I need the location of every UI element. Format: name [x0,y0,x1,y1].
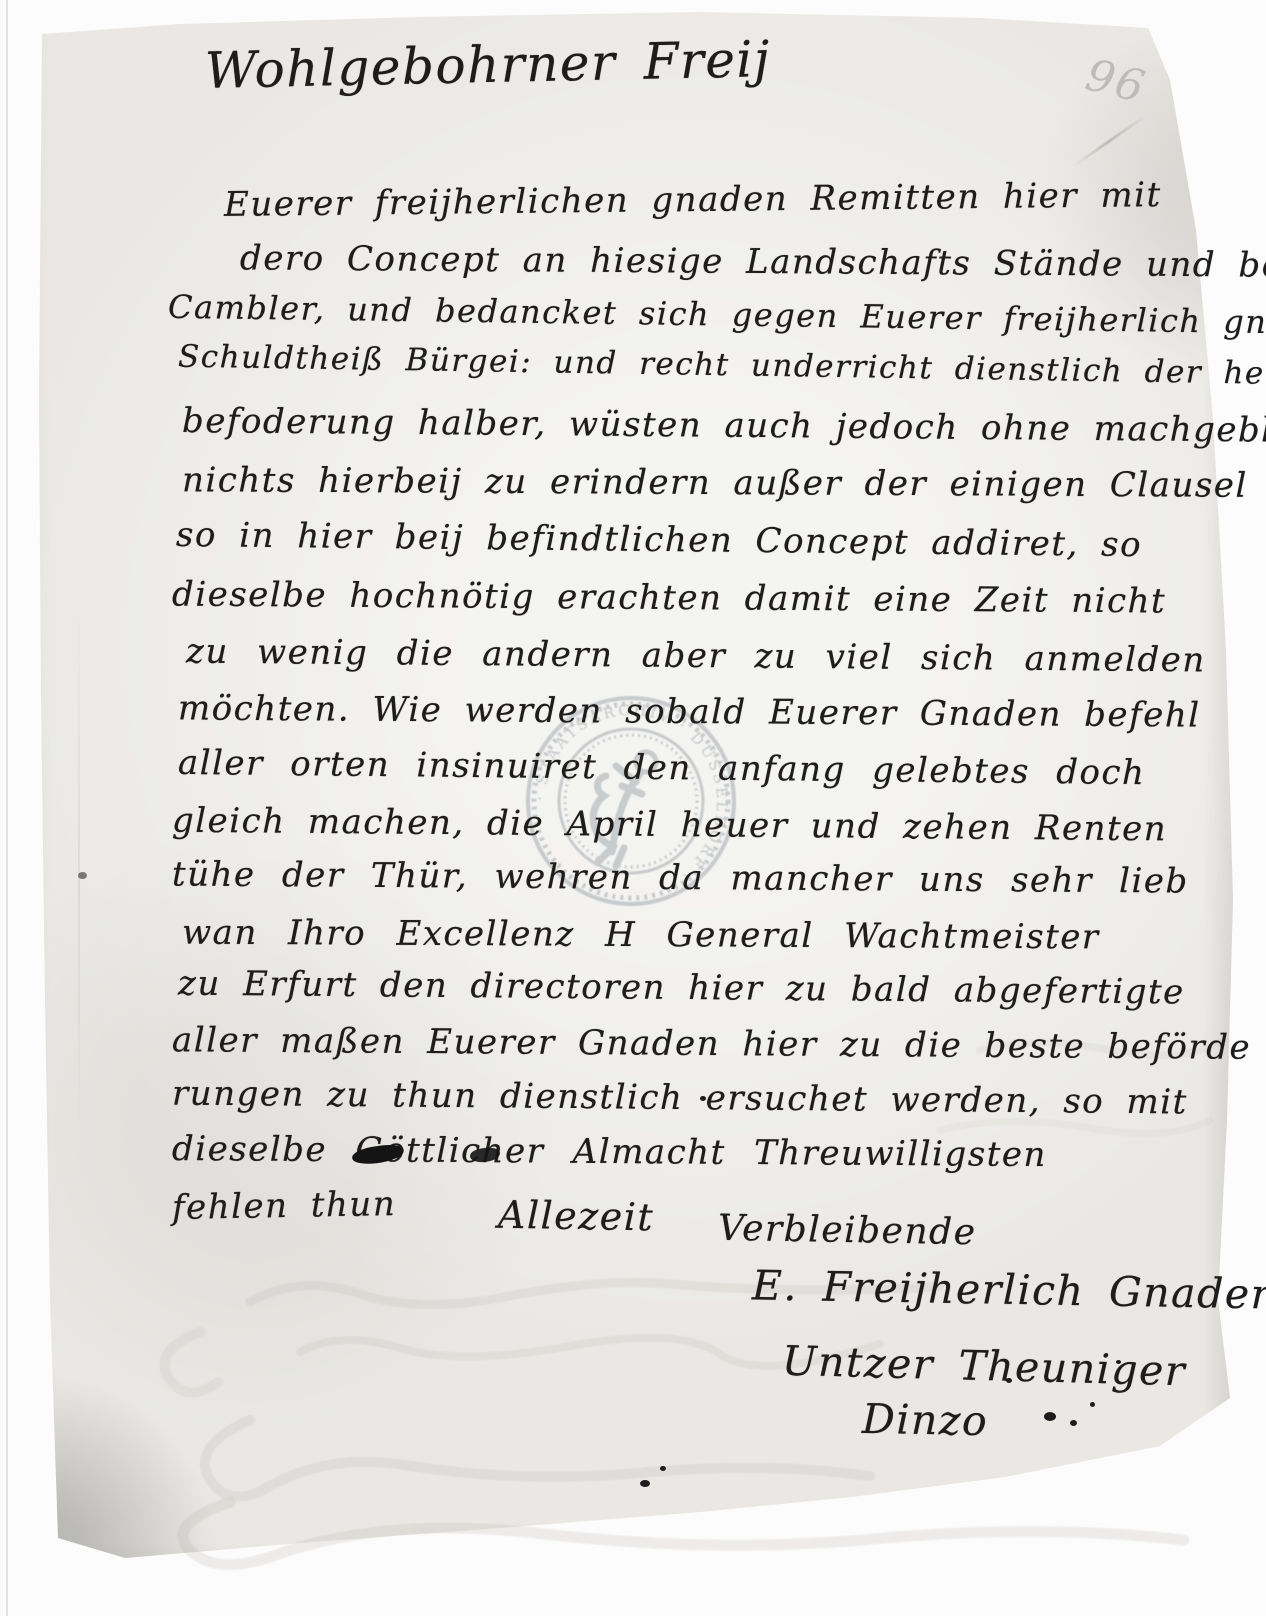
bleedthrough-stroke [164,1332,218,1393]
closing-right: Verbleibende [718,1208,977,1254]
ink-speck [1006,1378,1012,1383]
ink-speck [1070,1420,1077,1426]
ink-speck [1116,1360,1121,1364]
ink-speck [660,1466,666,1471]
closing-center: Allezeit [498,1193,655,1240]
ink-speck [78,872,87,879]
body-line: nichts hierbeij zu erindern außer der ei… [182,460,1248,506]
ink-speck [700,1096,706,1101]
body-line: dieselbe Göttlicher Almacht Threuwilligs… [172,1129,1047,1175]
ink-speck [1044,1412,1056,1421]
body-line: tühe der Thür, wehren da mancher uns seh… [172,854,1189,901]
bleedthrough-stroke [205,1420,870,1497]
letter-heading: Wohlgebohrner Freij [204,30,771,100]
body-line: aller maßen Euerer Gnaden hier zu die be… [172,1020,1251,1068]
signature-line: E. Freijherlich Gnaden [752,1261,1266,1318]
ink-speck [640,1480,650,1487]
closing-left: fehlen thun [172,1184,397,1228]
body-line: dieselbe hochnötig erachten damit eine Z… [172,575,1166,622]
body-line: wan Ihro Excellenz H General Wachtmeiste… [182,913,1100,958]
body-line: möchten. Wie werden sobald Euerer Gnaden… [178,688,1201,735]
ink-speck [1090,1402,1095,1407]
body-line: dero Concept an hiesige Landschafts Stän… [240,238,1266,285]
bleedthrough-stroke [183,1502,1184,1565]
signature-line: Dinzo [862,1395,989,1445]
